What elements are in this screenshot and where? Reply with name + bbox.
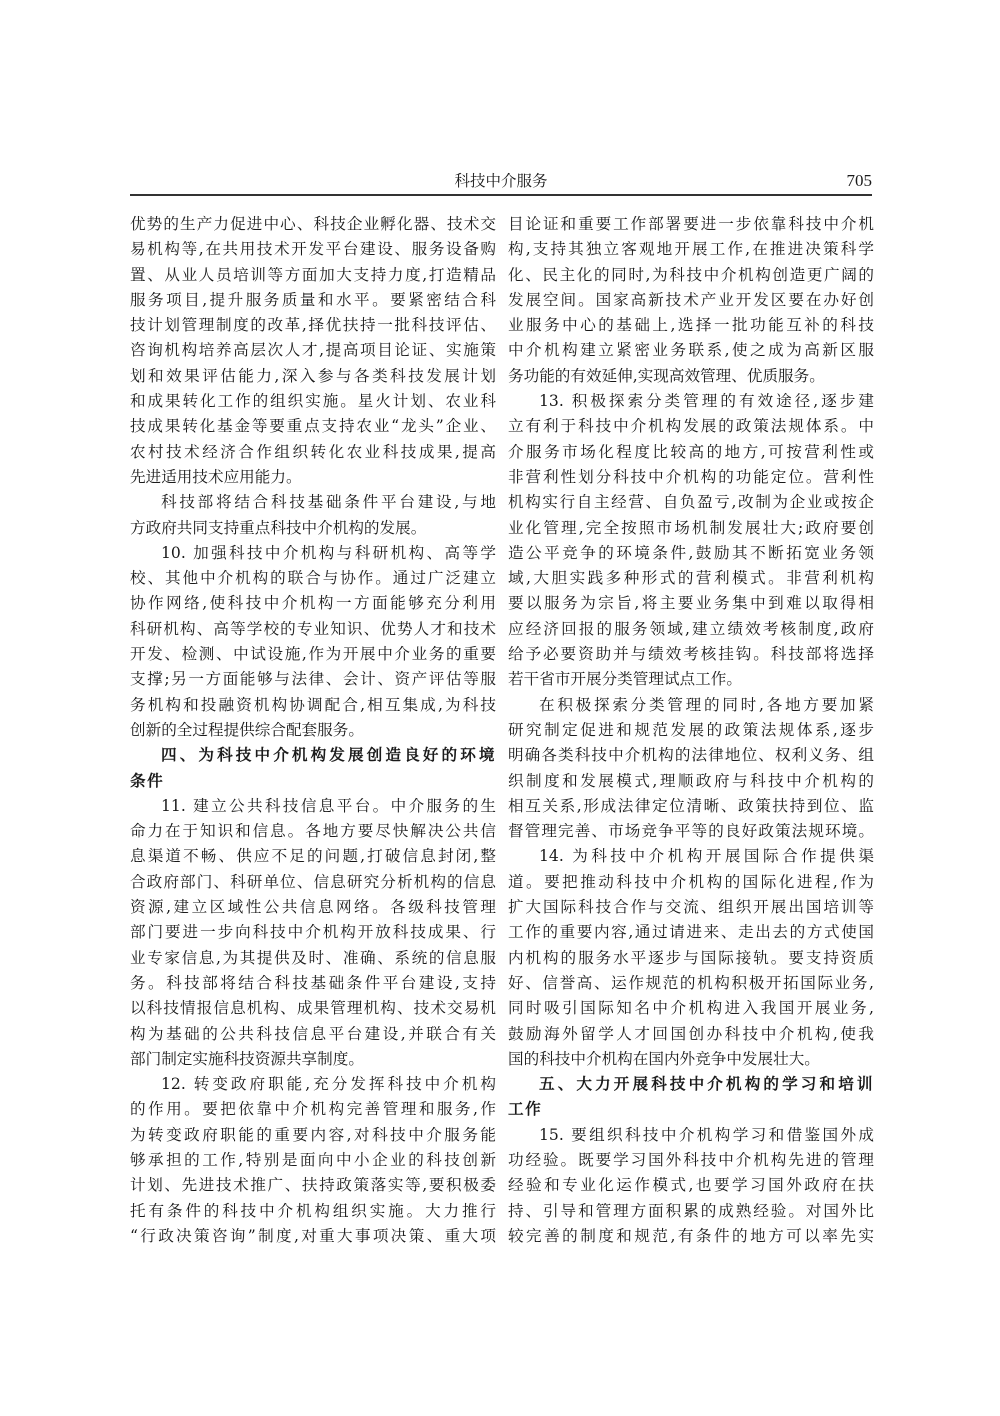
running-header: 科技中介服务 705 (130, 168, 872, 194)
text-line: 10. 加强科技中介机构与科研机构、高等学 (130, 541, 496, 566)
text-line: 12. 转变政府职能,充分发挥科技中介机构 (130, 1072, 496, 1097)
right-column: 目论证和重要工作部署要进一步依靠科技中介机构,支持其独立客观地开展工作,在推进决… (508, 212, 874, 1249)
text-line: 的作用。要把依靠中介机构完善管理和服务,作 (130, 1097, 496, 1122)
text-line: 14. 为科技中介机构开展国际合作提供渠 (508, 844, 874, 869)
text-line: 支撑;另一方面能够与法律、会计、资产评估等服 (130, 667, 496, 692)
text-line: 合政府部门、科研单位、信息研究分析机构的信息 (130, 870, 496, 895)
left-column: 优势的生产力促进中心、科技企业孵化器、技术交易机构等,在共用技术开发平台建设、服… (130, 212, 496, 1249)
text-line: 协作网络,使科技中介机构一方面能够充分利用 (130, 591, 496, 616)
text-line: 开发、检测、中试设施,作为开展中介业务的重要 (130, 642, 496, 667)
text-line: 以科技情报信息机构、成果管理机构、技术交易机 (130, 996, 496, 1021)
text-line: 资源,建立区域性公共信息网络。各级科技管理 (130, 895, 496, 920)
section-heading-line: 条件 (130, 769, 496, 794)
text-line: 相互关系,形成法律定位清晰、政策扶持到位、监 (508, 794, 874, 819)
text-line: 创新的全过程提供综合配套服务。 (130, 718, 496, 743)
text-line: 鼓励海外留学人才回国创办科技中介机构,使我 (508, 1022, 874, 1047)
text-line: 务。科技部将结合科技基础条件平台建设,支持 (130, 971, 496, 996)
text-line: 11. 建立公共科技信息平台。中介服务的生 (130, 794, 496, 819)
header-rule (130, 194, 872, 196)
text-line: 部门制定实施科技资源共享制度。 (130, 1047, 496, 1072)
text-line: 立有利于科技中介机构发展的政策法规体系。中 (508, 414, 874, 439)
text-line: 介服务市场化程度比较高的地方,可按营利性或 (508, 440, 874, 465)
text-line: 扩大国际科技合作与交流、组织开展出国培训等 (508, 895, 874, 920)
section-heading-line: 五、大力开展科技中介机构的学习和培训 (508, 1072, 874, 1097)
text-line: 置、从业人员培训等方面加大支持力度,打造精品 (130, 263, 496, 288)
text-line: 构为基础的公共科技信息平台建设,并联合有关 (130, 1022, 496, 1047)
text-line: 应经济回报的服务领域,建立绩效考核制度,政府 (508, 617, 874, 642)
text-line: 国的科技中介机构在国内外竞争中发展壮大。 (508, 1047, 874, 1072)
text-line: 先进适用技术应用能力。 (130, 465, 496, 490)
section-heading-line: 工作 (508, 1097, 874, 1122)
text-line: 好、信誉高、运作规范的机构积极开拓国际业务, (508, 971, 874, 996)
text-line: 持、引导和管理方面积累的成熟经验。对国外比 (508, 1199, 874, 1224)
text-line: 务功能的有效延伸,实现高效管理、优质服务。 (508, 364, 874, 389)
text-line: 道。要把推动科技中介机构的国际化进程,作为 (508, 870, 874, 895)
text-line: 农村技术经济合作组织转化农业科技成果,提高 (130, 440, 496, 465)
text-line: “行政决策咨询”制度,对重大事项决策、重大项 (130, 1224, 496, 1249)
text-line: 命力在于知识和信息。各地方要尽快解决公共信 (130, 819, 496, 844)
text-line: 要以服务为宗旨,将主要业务集中到难以取得相 (508, 591, 874, 616)
section-heading-line: 四、为科技中介机构发展创造良好的环境 (130, 743, 496, 768)
text-line: 和成果转化工作的组织实施。星火计划、农业科 (130, 389, 496, 414)
text-line: 部门要进一步向科技中介机构开放科技成果、行 (130, 920, 496, 945)
text-line: 织制度和发展模式,理顺政府与科技中介机构的 (508, 769, 874, 794)
text-line: 科技部将结合科技基础条件平台建设,与地 (130, 490, 496, 515)
text-line: 工作的重要内容,通过请进来、走出去的方式使国 (508, 920, 874, 945)
text-line: 督管理完善、市场竞争平等的良好政策法规环境。 (508, 819, 874, 844)
text-line: 业化管理,完全按照市场机制发展壮大;政府要创 (508, 516, 874, 541)
text-line: 非营利性划分科技中介机构的功能定位。营利性 (508, 465, 874, 490)
text-line: 造公平竞争的环境条件,鼓励其不断拓宽业务领 (508, 541, 874, 566)
text-line: 服务项目,提升服务质量和水平。要紧密结合科 (130, 288, 496, 313)
text-line: 明确各类科技中介机构的法律地位、权利义务、组 (508, 743, 874, 768)
text-line: 发展空间。国家高新技术产业开发区要在办好创 (508, 288, 874, 313)
text-line: 域,大胆实践多种形式的营利模式。非营利机构 (508, 566, 874, 591)
text-line: 科研机构、高等学校的专业知识、优势人才和技术 (130, 617, 496, 642)
text-line: 15. 要组织科技中介机构学习和借鉴国外成 (508, 1123, 874, 1148)
text-line: 校、其他中介机构的联合与协作。通过广泛建立 (130, 566, 496, 591)
text-line: 给予必要资助并与绩效考核挂钩。科技部将选择 (508, 642, 874, 667)
text-line: 计划、先进技术推广、扶持政策落实等,要积极委 (130, 1173, 496, 1198)
text-line: 优势的生产力促进中心、科技企业孵化器、技术交 (130, 212, 496, 237)
text-line: 功经验。既要学习国外科技中介机构先进的管理 (508, 1148, 874, 1173)
text-line: 方政府共同支持重点科技中介机构的发展。 (130, 516, 496, 541)
text-line: 化、民主化的同时,为科技中介机构创造更广阔的 (508, 263, 874, 288)
text-line: 机构实行自主经营、自负盈亏,改制为企业或按企 (508, 490, 874, 515)
text-line: 较完善的制度和规范,有条件的地方可以率先实 (508, 1224, 874, 1249)
text-line: 研究制定促进和规范发展的政策法规体系,逐步 (508, 718, 874, 743)
text-line: 业服务中心的基础上,选择一批功能互补的科技 (508, 313, 874, 338)
page-number: 705 (847, 168, 873, 194)
text-line: 内机构的服务水平逐步与国际接轨。要支持资质 (508, 946, 874, 971)
text-line: 13. 积极探索分类管理的有效途径,逐步建 (508, 389, 874, 414)
text-line: 技计划管理制度的改革,择优扶持一批科技评估、 (130, 313, 496, 338)
text-line: 够承担的工作,特别是面向中小企业的科技创新 (130, 1148, 496, 1173)
text-line: 在积极探索分类管理的同时,各地方要加紧 (508, 693, 874, 718)
text-line: 息渠道不畅、供应不足的问题,打破信息封闭,整 (130, 844, 496, 869)
text-line: 划和效果评估能力,深入参与各类科技发展计划 (130, 364, 496, 389)
text-line: 技成果转化基金等要重点支持农业“龙头”企业、 (130, 414, 496, 439)
text-line: 易机构等,在共用技术开发平台建设、服务设备购 (130, 237, 496, 262)
text-line: 经验和专业化运作模式,也要学习国外政府在扶 (508, 1173, 874, 1198)
text-line: 为转变政府职能的重要内容,对科技中介服务能 (130, 1123, 496, 1148)
running-header-title: 科技中介服务 (130, 168, 872, 194)
text-line: 务机构和投融资机构协调配合,相互集成,为科技 (130, 693, 496, 718)
text-line: 目论证和重要工作部署要进一步依靠科技中介机 (508, 212, 874, 237)
text-line: 若干省市开展分类管理试点工作。 (508, 667, 874, 692)
text-line: 业专家信息,为其提供及时、准确、系统的信息服 (130, 946, 496, 971)
text-line: 托有条件的科技中介机构组织实施。大力推行 (130, 1199, 496, 1224)
text-line: 咨询机构培养高层次人才,提高项目论证、实施策 (130, 338, 496, 363)
text-line: 同时吸引国际知名中介机构进入我国开展业务, (508, 996, 874, 1021)
text-line: 构,支持其独立客观地开展工作,在推进决策科学 (508, 237, 874, 262)
text-line: 中介机构建立紧密业务联系,使之成为高新区服 (508, 338, 874, 363)
